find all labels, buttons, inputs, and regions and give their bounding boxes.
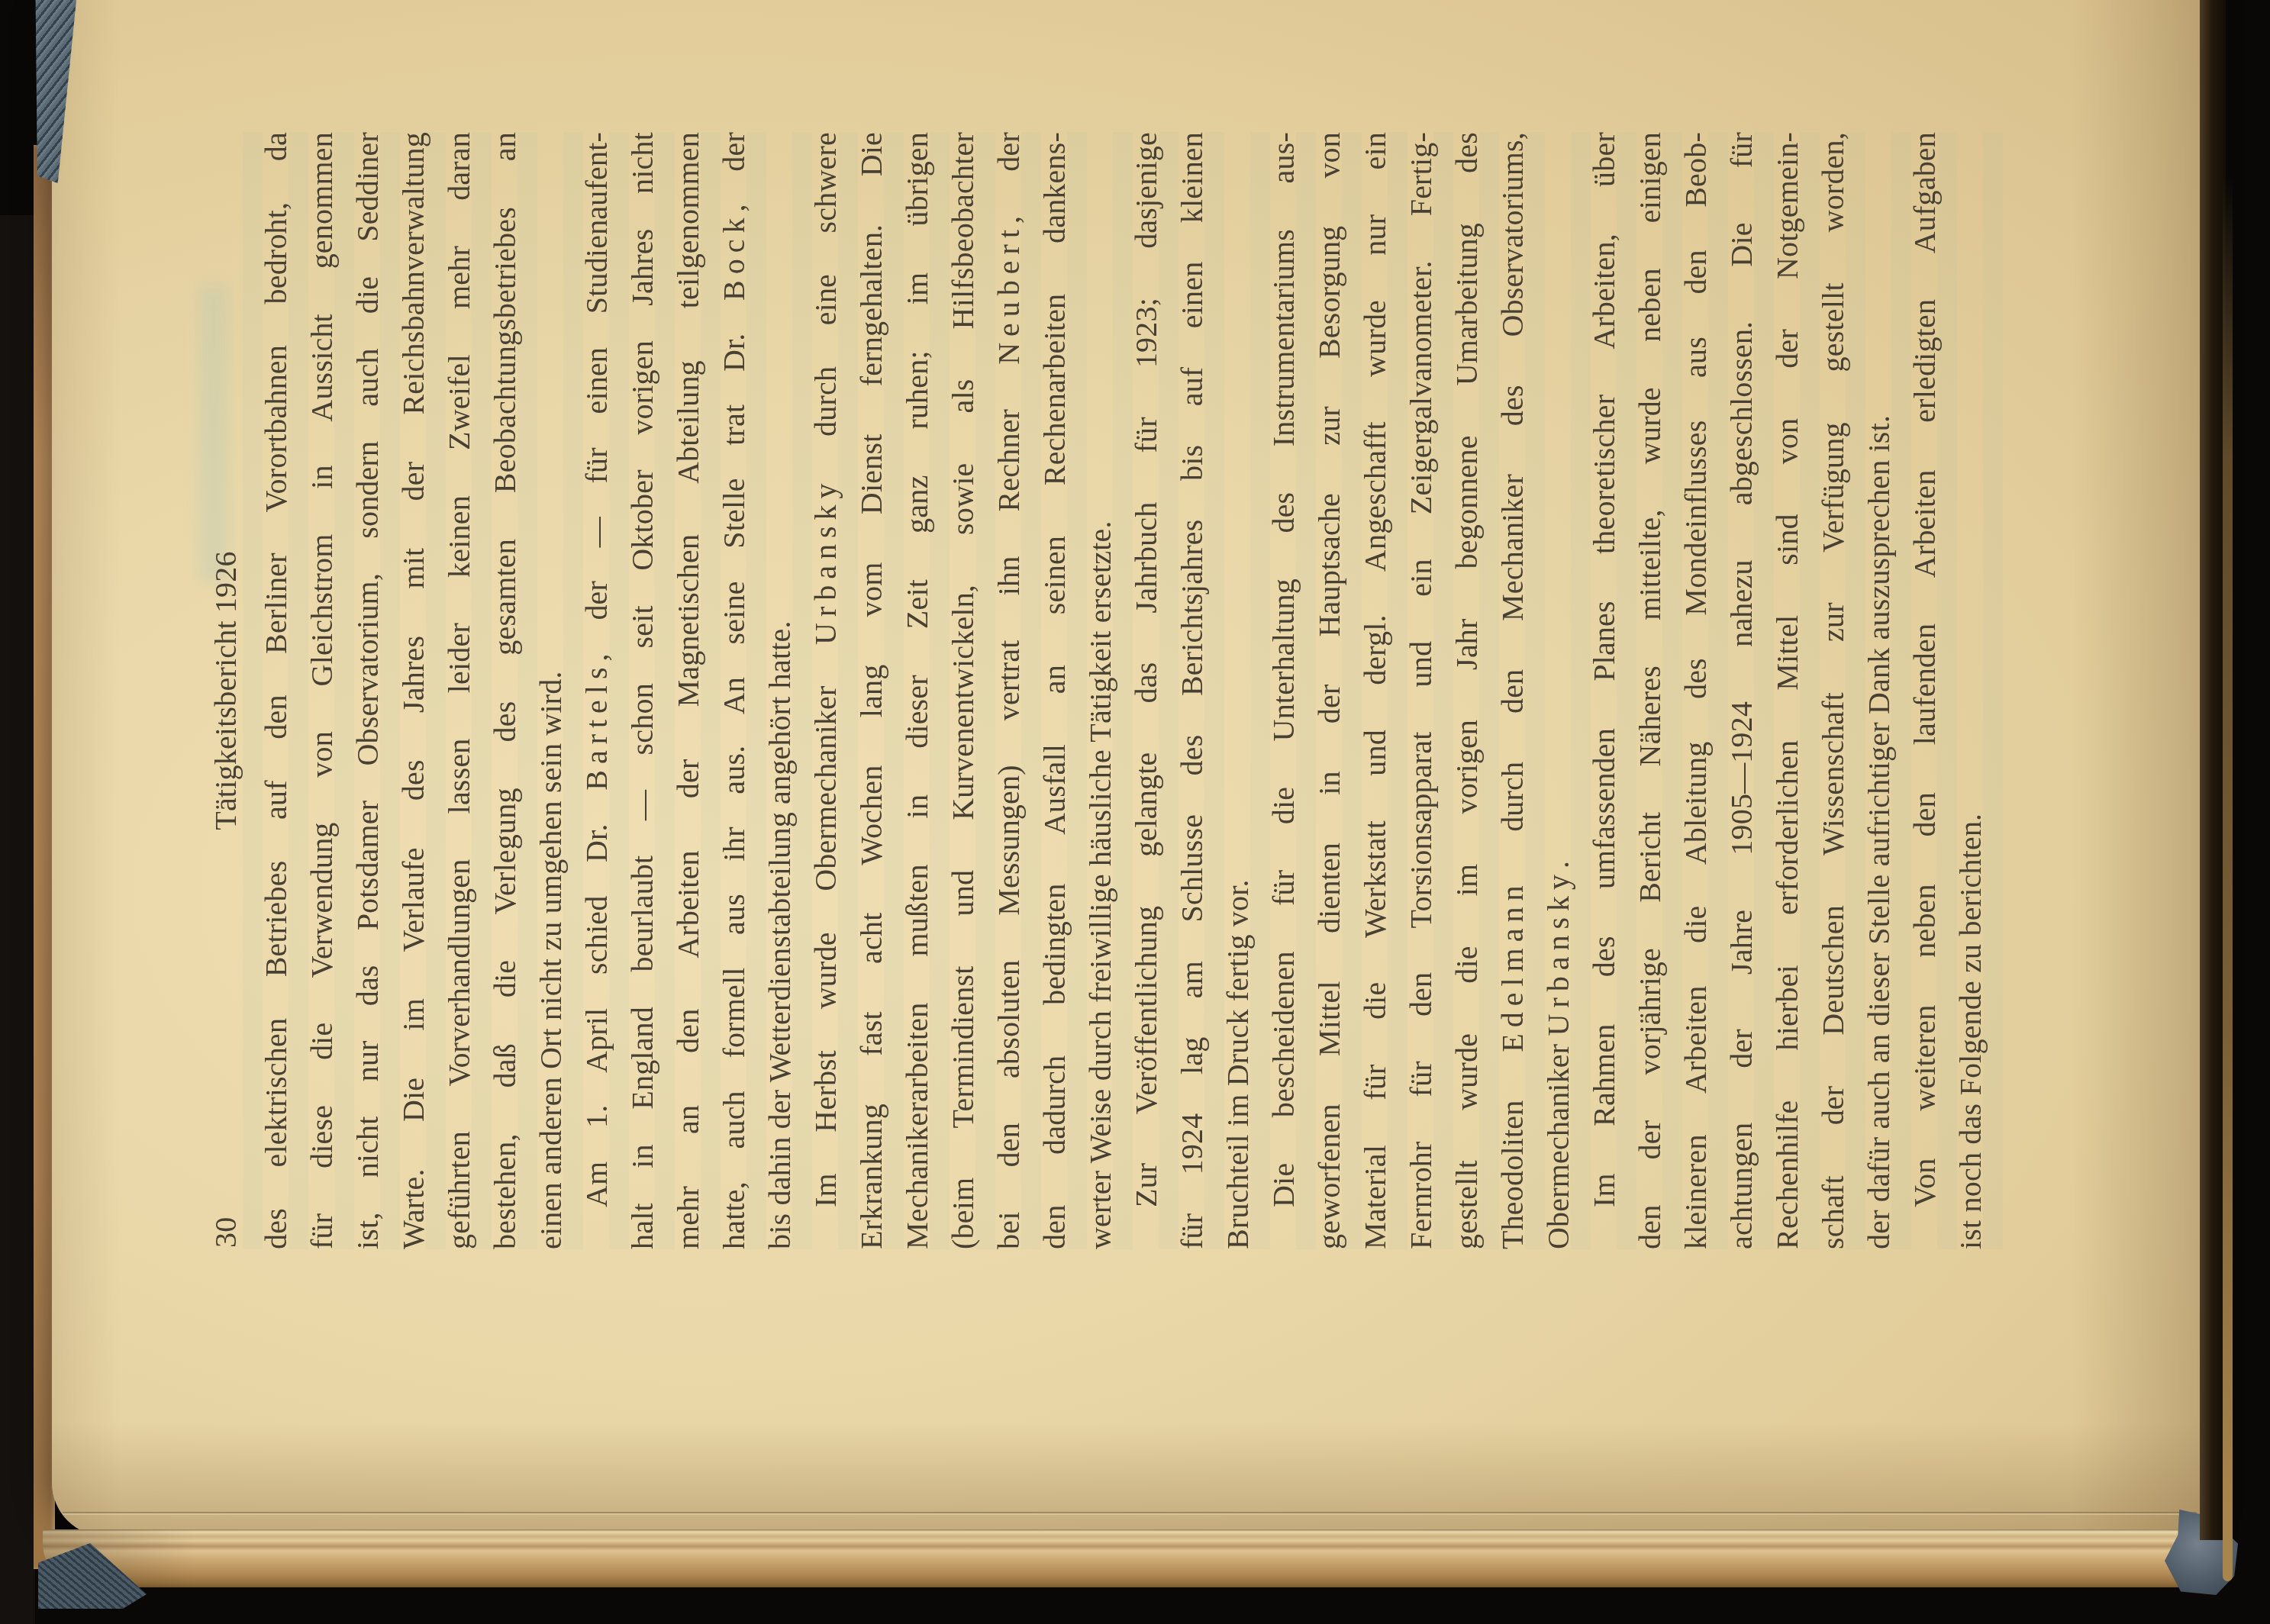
person-name: Neubert [992,224,1026,365]
text-line: Im Rahmen des umfassenden Planes theoret… [1582,132,1627,1249]
text-line: schaft der Deutschen Wissenschaft zur Ve… [1811,132,1856,1249]
text-line: Theodoliten Edelmann durch den Mechanike… [1490,132,1536,1249]
stacked-page-edges [43,1529,2224,1587]
text-line: für diese die Verwendung von Gleichstrom… [299,132,345,1249]
text-line: geworfenen Mittel dienten in der Hauptsa… [1307,132,1353,1249]
text-line: achtungen der Jahre 1905—1924 nahezu abg… [1719,132,1765,1249]
text-line: Fernrohr für den Torsionsapparat und ein… [1398,132,1444,1249]
cover-edge-highlight [2223,176,2233,1581]
page-edge-shadow [2200,0,2226,1540]
scanner-bed-shadow [0,215,35,1624]
text-line: werter Weise durch freiwillige häusliche… [1078,132,1124,1249]
person-name: Urbansky [1541,868,1575,1036]
text-block: 30 Tätigkeitsbericht 1926 des elektrisch… [203,132,1994,1249]
text-line: Bruchteil im Druck fertig vor. [1215,132,1261,1249]
page-number: 30 [203,1217,249,1248]
text-line: geführten Vorverhandlungen lassen leider… [437,132,482,1249]
text-line: halt in England beurlaubt — schon seit O… [620,132,666,1249]
text-line: (beim Termindienst und Kurvenentwickeln,… [940,132,986,1249]
page-header: 30 Tätigkeitsbericht 1926 [203,132,253,1249]
text-line: der dafür auch an dieser Stelle aufricht… [1856,132,1902,1249]
page-area: 30 Tätigkeitsbericht 1926 des elektrisch… [52,0,2201,1536]
text-line: Die bescheidenen für die Unterhaltung de… [1261,132,1307,1249]
text-line: hatte, auch formell aus ihr aus. An sein… [711,132,757,1249]
text-line: bestehen, daß die Verlegung des gesamten… [482,132,528,1249]
text-line: ist, nicht nur das Potsdamer Observatori… [345,132,391,1249]
text-line: Obermechaniker Urbansky. [1536,132,1582,1249]
text-line: Am 1. April schied Dr. Bartels, der — fü… [574,132,620,1249]
text-line: Von weiteren neben den laufenden Arbeite… [1902,132,1948,1249]
text-line: Im Herbst wurde Obermechaniker Urbansky … [803,132,849,1249]
scanned-book-photo: 30 Tätigkeitsbericht 1926 des elektrisch… [0,0,2270,1624]
text-line: bis dahin der Wetterdienstabteilung ange… [757,132,803,1249]
text-line: gestellt wurde die im vorigen Jahr begon… [1444,132,1490,1249]
text-line: den dadurch bedingten Ausfall an seinen … [1032,132,1078,1249]
person-name: Bartels [579,661,614,790]
running-title: Tätigkeitsbericht 1926 [208,551,243,830]
person-name: Urbansky [808,477,843,645]
text-line: ist noch das Folgende zu berichten. [1948,132,1994,1249]
text-line: mehr an den Arbeiten der Magnetischen Ab… [666,132,711,1249]
text-line: einen anderen Ort nicht zu umgehen sein … [528,132,574,1249]
book-page: 30 Tätigkeitsbericht 1926 des elektrisch… [52,0,2201,1536]
text-line: Rechenhilfe hierbei erforderlichen Mitte… [1765,132,1811,1249]
text-line: den der vorjährige Bericht Näheres mitte… [1627,132,1673,1249]
text-line: Zur Veröffentlichung gelangte das Jahrbu… [1124,132,1169,1249]
person-name: Edelmann [1495,880,1530,1052]
person-name: Bock [717,211,751,300]
text-line: Erkrankung fast acht Wochen lang vom Die… [849,132,895,1249]
text-line: für 1924 lag am Schlusse des Berichtsjah… [1169,132,1215,1249]
text-line: bei den absoluten Messungen) vertrat ihn… [986,132,1032,1249]
text-line: kleineren Arbeiten die Ableitung des Mon… [1673,132,1719,1249]
text-line: des elektrischen Betriebes auf den Berli… [253,132,299,1249]
text-line: Warte. Die im Verlaufe des Jahres mit de… [391,132,437,1249]
text-line: Mechanikerarbeiten mußten in dieser Zeit… [895,132,940,1249]
page-crease [63,1512,2197,1513]
text-line: Material für die Werkstatt und dergl. An… [1353,132,1398,1249]
